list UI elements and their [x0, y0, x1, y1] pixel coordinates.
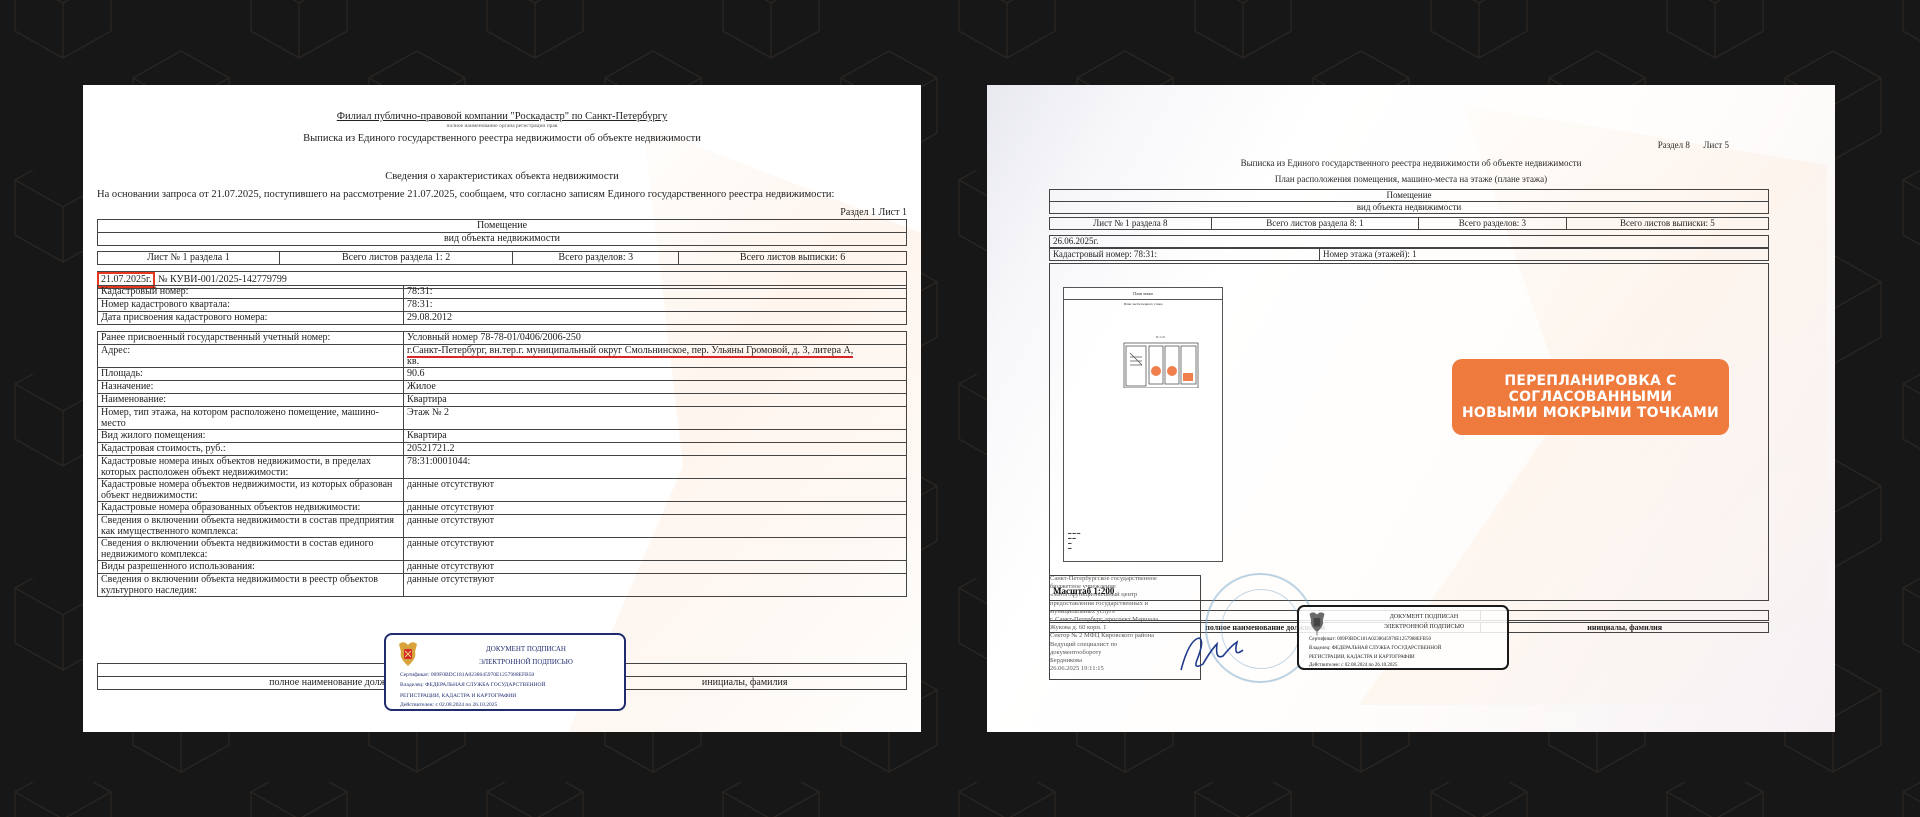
stamp-owner: Владелец: ФЕДЕРАЛЬНАЯ СЛУЖБА ГОСУДАРСТВЕ…	[1309, 644, 1441, 653]
table-row: Адрес: г.Санкт-Петербург, вн.тер.г. муни…	[98, 345, 907, 368]
field-label: Кадастровые номера объектов недвижимости…	[98, 479, 404, 502]
mfc-line: Санкт-Петербургское государственное	[1050, 575, 1200, 583]
object-type-caption: вид объекта недвижимости	[1050, 202, 1769, 214]
field-label: Кадастровый номер:	[98, 286, 404, 299]
object-type: Помещение	[1050, 190, 1769, 202]
cadastral-number: Кадастровый номер: 78:31:	[1050, 249, 1320, 261]
org-name: Филиал публично-правовой компании "Роска…	[83, 111, 921, 122]
field-label: Номер, тип этажа, на котором расположено…	[98, 407, 404, 430]
electronic-signature-stamp: ДОКУМЕНТ ПОДПИСАН ЭЛЕКТРОННОЙ ПОДПИСЬЮ С…	[1297, 605, 1509, 670]
org-caption: полное наименование органа регистрации п…	[83, 123, 921, 129]
stamp-certificate: Сертификат: 009F0BDC181A0238645970E12579…	[1309, 635, 1431, 644]
sheets-table: Лист № 1 раздела 8 Всего листов раздела …	[1049, 217, 1769, 230]
table-row: Номер, тип этажа, на котором расположено…	[98, 407, 907, 430]
field-label: Вид жилого помещения:	[98, 430, 404, 443]
document-subtitle: План расположения помещения, машино-мест…	[987, 174, 1835, 184]
object-characteristics-table: Ранее присвоенный государственный учетны…	[97, 331, 907, 597]
address-value: г.Санкт-Петербург, вн.тер.г. муниципальн…	[404, 345, 907, 368]
field-label: Сведения о включении объекта недвижимост…	[98, 538, 404, 561]
promo-line-1: ПЕРЕПЛАНИРОВКА С	[1504, 373, 1676, 389]
floor-plan-sheet: План этажа План части первого этажа Н=3,…	[1063, 287, 1223, 562]
field-label: Назначение:	[98, 381, 404, 394]
promo-line-3: НОВЫМИ МОКРЫМИ ТОЧКАМИ	[1462, 405, 1719, 421]
field-value: данные отсутствуют	[404, 515, 907, 538]
field-value: Квартира	[404, 430, 907, 443]
field-value: данные отсутствуют	[404, 479, 907, 502]
extract-date: 26.06.2025г.	[1050, 236, 1769, 248]
field-label: Кадастровая стоимость, руб.:	[98, 443, 404, 456]
object-type-table: Помещение вид объекта недвижимости	[97, 219, 907, 246]
table-row: Сведения о включении объекта недвижимост…	[98, 515, 907, 538]
floor-plan-drawing: Н=3,20	[1122, 333, 1202, 388]
field-label: Кадастровые номера образованных объектов…	[98, 502, 404, 515]
extract-sheets-total: Всего листов выписки: 6	[679, 252, 907, 265]
stamp-line-2: ЭЛЕКТРОННОЙ ПОДПИСЬЮ	[436, 658, 616, 667]
plan-dimension: Н=3,20	[1156, 335, 1166, 340]
address-underlined: г.Санкт-Петербург, вн.тер.г. муниципальн…	[407, 345, 853, 358]
coat-of-arms-icon	[1307, 610, 1327, 636]
table-row: Кадастровая стоимость, руб.: 20521721.2	[98, 443, 907, 456]
handwritten-signature	[1177, 630, 1247, 675]
table-row: Номер кадастрового квартала: 78:31:	[98, 299, 907, 312]
table-row: Кадастровые номера иных объектов недвижи…	[98, 456, 907, 479]
section-sheets-total: Всего листов раздела 8: 1	[1211, 218, 1418, 230]
stamp-validity: Действителен: с 02.08.2024 по 26.10.2025	[400, 701, 497, 710]
document-title: Выписка из Единого государственного реес…	[83, 133, 921, 144]
extract-sheets-total: Всего листов выписки: 5	[1566, 218, 1768, 230]
table-row: Назначение: Жилое	[98, 381, 907, 394]
field-value: 20521721.2	[404, 443, 907, 456]
field-label: Наименование:	[98, 394, 404, 407]
field-value: данные отсутствуют	[404, 574, 907, 597]
sheet-number: Лист № 1 раздела 1	[98, 252, 280, 265]
stamp-line-1: ДОКУМЕНТ ПОДПИСАН	[1339, 613, 1509, 622]
field-value: 78:31:0001044:	[404, 456, 907, 479]
object-type-table: Помещение вид объекта недвижимости	[1049, 189, 1769, 214]
plan-scale: Масштаб 1:200	[1053, 587, 1114, 595]
egrn-extract-page-1: Филиал публично-правовой компании "Роска…	[83, 85, 921, 732]
field-label: Ранее присвоенный государственный учетны…	[98, 332, 404, 345]
stamp-certificate: Сертификат: 009F0BDC181A0238645970E12579…	[400, 671, 534, 680]
page-reference: Раздел 1 Лист 1	[840, 207, 907, 218]
field-value: Квартира	[404, 394, 907, 407]
coat-of-arms-icon	[396, 640, 420, 670]
plan-legend: ▬ ▬ ▬▬ ▬▬▬	[1068, 531, 1080, 551]
field-label: Виды разрешенного использования:	[98, 561, 404, 574]
table-row: Наименование: Квартира	[98, 394, 907, 407]
mfc-line: муниципальных услуг»	[1050, 608, 1200, 616]
field-value: Условный номер 78-78-01/0406/2006-250	[404, 332, 907, 345]
table-row: Дата присвоения кадастрового номера: 29.…	[98, 312, 907, 325]
plan-subheader: План части первого этажа	[1064, 302, 1222, 306]
table-row: Ранее присвоенный государственный учетны…	[98, 332, 907, 345]
table-row: Площадь: 90.6	[98, 368, 907, 381]
name-caption: инициалы, фамилия	[583, 677, 907, 690]
date-table: 26.06.2025г.	[1049, 235, 1769, 248]
section-sheets-total: Всего листов раздела 1: 2	[279, 252, 513, 265]
field-value: 78:31:	[404, 286, 907, 299]
field-value: данные отсутствуют	[404, 538, 907, 561]
table-row: Кадастровые номера объектов недвижимости…	[98, 479, 907, 502]
floor-number: Номер этажа (этажей): 1	[1320, 249, 1769, 261]
table-row: Кадастровый номер: 78:31:	[98, 286, 907, 299]
promo-badge-redevelopment: ПЕРЕПЛАНИРОВКА С СОГЛАСОВАННЫМИ НОВЫМИ М…	[1452, 359, 1729, 435]
field-value: данные отсутствуют	[404, 502, 907, 515]
field-label: Кадастровые номера иных объектов недвижи…	[98, 456, 404, 479]
mfc-line: предоставления государственных и	[1050, 600, 1200, 608]
field-label: Номер кадастрового квартала:	[98, 299, 404, 312]
cadastral-fields-table: Кадастровый номер: 78:31: Номер кадастро…	[97, 285, 907, 325]
field-label: Сведения о включении объекта недвижимост…	[98, 574, 404, 597]
stamp-owner-cont: РЕГИСТРАЦИИ, КАДАСТРА И КАРТОГРАФИИ	[400, 692, 516, 701]
page-reference: Раздел 8 Лист 5	[1658, 140, 1729, 150]
egrn-extract-floor-plan-page: Раздел 8 Лист 5 Выписка из Единого госуд…	[987, 85, 1835, 732]
sections-total: Всего разделов: 3	[1419, 218, 1567, 230]
field-value: Этаж № 2	[404, 407, 907, 430]
address-continuation: кв.	[407, 356, 419, 367]
promo-line-2: СОГЛАСОВАННЫМИ	[1509, 389, 1673, 405]
object-type-caption: вид объекта недвижимости	[98, 233, 907, 246]
stamp-validity: Действителен: с 02.08.2024 по 26.10.2025	[1309, 661, 1397, 670]
electronic-signature-stamp: ДОКУМЕНТ ПОДПИСАН ЭЛЕКТРОННОЙ ПОДПИСЬЮ С…	[384, 633, 626, 711]
meta-table: Кадастровый номер: 78:31: Номер этажа (э…	[1049, 248, 1769, 261]
stamp-line-2: ЭЛЕКТРОННОЙ ПОДПИСЬЮ	[1339, 623, 1509, 632]
stamp-owner: Владелец: ФЕДЕРАЛЬНАЯ СЛУЖБА ГОСУДАРСТВЕ…	[400, 681, 545, 690]
table-row: Сведения о включении объекта недвижимост…	[98, 538, 907, 561]
field-label: Площадь:	[98, 368, 404, 381]
table-row: Виды разрешенного использования: данные …	[98, 561, 907, 574]
object-type: Помещение	[98, 220, 907, 233]
field-value: данные отсутствуют	[404, 561, 907, 574]
mfc-line: г. Санкт-Петербург, проспект Маршала	[1050, 616, 1200, 624]
sheet-number: Лист № 1 раздела 8	[1050, 218, 1212, 230]
sections-total: Всего разделов: 3	[513, 252, 679, 265]
field-label: Адрес:	[98, 345, 404, 368]
table-row: Сведения о включении объекта недвижимост…	[98, 574, 907, 597]
section-title: Сведения о характеристиках объекта недви…	[83, 171, 921, 182]
field-value: 78:31:	[404, 299, 907, 312]
table-row: Вид жилого помещения: Квартира	[98, 430, 907, 443]
field-value: Жилое	[404, 381, 907, 394]
intro-text: На основании запроса от 21.07.2025, пост…	[97, 189, 834, 200]
table-row: Кадастровые номера образованных объектов…	[98, 502, 907, 515]
stamp-line-1: ДОКУМЕНТ ПОДПИСАН	[436, 645, 616, 654]
plan-header: План этажа	[1064, 288, 1222, 300]
document-title: Выписка из Единого государственного реес…	[987, 158, 1835, 168]
name-caption: инициалы, фамилия	[1481, 623, 1769, 633]
field-value: 90.6	[404, 368, 907, 381]
field-label: Дата присвоения кадастрового номера:	[98, 312, 404, 325]
extract-number: № КУВИ-001/2025-142779799	[158, 274, 287, 285]
field-value: 29.08.2012	[404, 312, 907, 325]
sheets-table: Лист № 1 раздела 1 Всего листов раздела …	[97, 251, 907, 265]
field-label: Сведения о включении объекта недвижимост…	[98, 515, 404, 538]
